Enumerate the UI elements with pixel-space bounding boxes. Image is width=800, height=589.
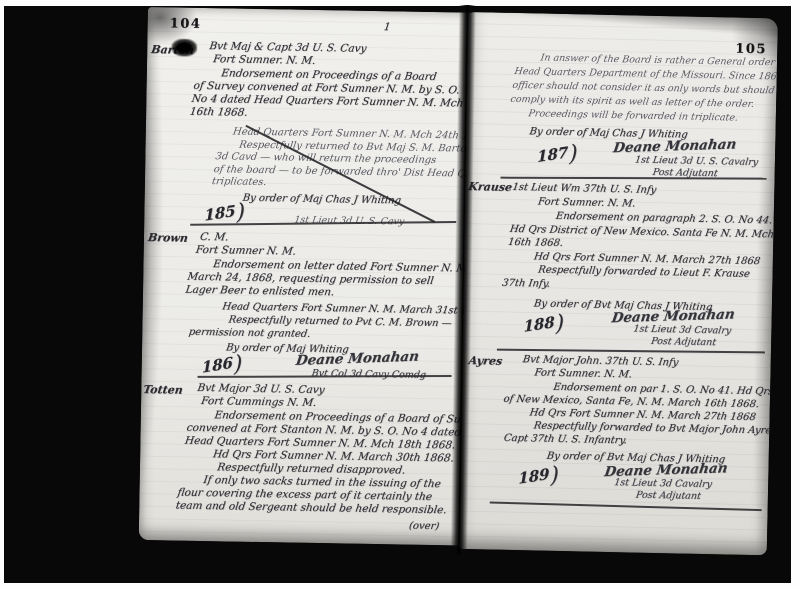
entry-margin-number: 188 xyxy=(524,310,565,342)
struck-endorsement: Head Quarters Fort Sumner N. M. Mch 24th… xyxy=(211,126,470,193)
adjutant-signature: Deane Monahan xyxy=(612,136,737,156)
signature-title: Post Adjutant xyxy=(650,336,716,348)
entry-totten: Totten Bvt Major 3d U. S. Cavy Fort Cumm… xyxy=(139,381,472,537)
entry-heading-rank: 1st Lieut Wm 37th U. S. Infy xyxy=(511,181,657,197)
entry-heading-post: Fort Cummings N. M. xyxy=(200,395,317,410)
entry-margin-number: 189 xyxy=(518,462,559,494)
stray-ink-mark: 1 xyxy=(383,21,392,34)
entry-body: Endorsement on Proceedings of a Board of… xyxy=(175,409,468,518)
entry-margin-name: Ayres xyxy=(468,354,503,368)
entry-heading-post: Fort Sumner. N. M. xyxy=(212,53,316,68)
entry-margin-number: 186 xyxy=(202,351,243,383)
ledger-page-left: 104 1 Barton Bvt Maj & Capt 3d U. S. Cav… xyxy=(139,7,478,546)
signature-title: 1st Lieut 3d Cavalry xyxy=(633,324,732,337)
adjutant-signature: Deane Monahan xyxy=(611,306,736,326)
entry-body: Endorsement on letter dated Fort Sumner … xyxy=(185,258,464,302)
entry-body: In answer of the Board is rather a Gener… xyxy=(507,51,777,126)
signature-title: 1st Lieut 3d Cavalry xyxy=(613,477,712,490)
adjutant-signature: Deane Monahan xyxy=(295,349,420,369)
entry-heading-post: Fort Sumner N. M. xyxy=(195,244,297,259)
entry-heading-rank: C. M. xyxy=(199,231,229,244)
entry-body: Endorsement on Proceedings of a Board of… xyxy=(189,67,468,124)
scanned-ledger-screenshot: 104 1 Barton Bvt Maj & Capt 3d U. S. Cav… xyxy=(0,0,800,589)
entry-reply: Head Quarters Fort Sumner N. M. March 31… xyxy=(188,300,463,344)
entry-margin-name: Totten xyxy=(142,383,183,397)
signature-title: Post Adjutant xyxy=(635,490,701,502)
entry-heading-post: Fort Sumner. N. M. xyxy=(534,366,633,381)
entry-heading-post: Fort Sumner. N. M. xyxy=(537,195,636,210)
over-note: (over) xyxy=(408,520,440,533)
entry-body: Endorsement on par 1. S. O. No 41. Hd Qr… xyxy=(497,380,774,450)
entry-ayres: Ayres Bvt Major John. 37th U. S. Infy Fo… xyxy=(460,352,771,508)
entry-margin-name: Brown xyxy=(147,231,189,245)
entry-barton: Barton Bvt Maj & Capt 3d U. S. Cavy Fort… xyxy=(144,35,477,231)
entry-margin-number: 187 xyxy=(537,141,578,173)
entry-continued: In answer of the Board is rather a Gener… xyxy=(467,48,778,182)
ledger-page-right: 105 In answer of the Board is rather a G… xyxy=(459,12,778,555)
entry-margin-number: 185 xyxy=(204,199,245,231)
ink-blot xyxy=(171,38,197,56)
entry-margin-name: Krause xyxy=(467,180,513,194)
entry-brown: Brown C. M. Fort Sumner N. M. Endorsemen… xyxy=(142,229,475,383)
entry-body: Endorsement on paragraph 2. S. O. No 44.… xyxy=(501,209,777,295)
page-number-left: 104 xyxy=(170,16,202,32)
entry-krause: Krause 1st Lieut Wm 37th U. S. Infy Fort… xyxy=(463,180,774,350)
